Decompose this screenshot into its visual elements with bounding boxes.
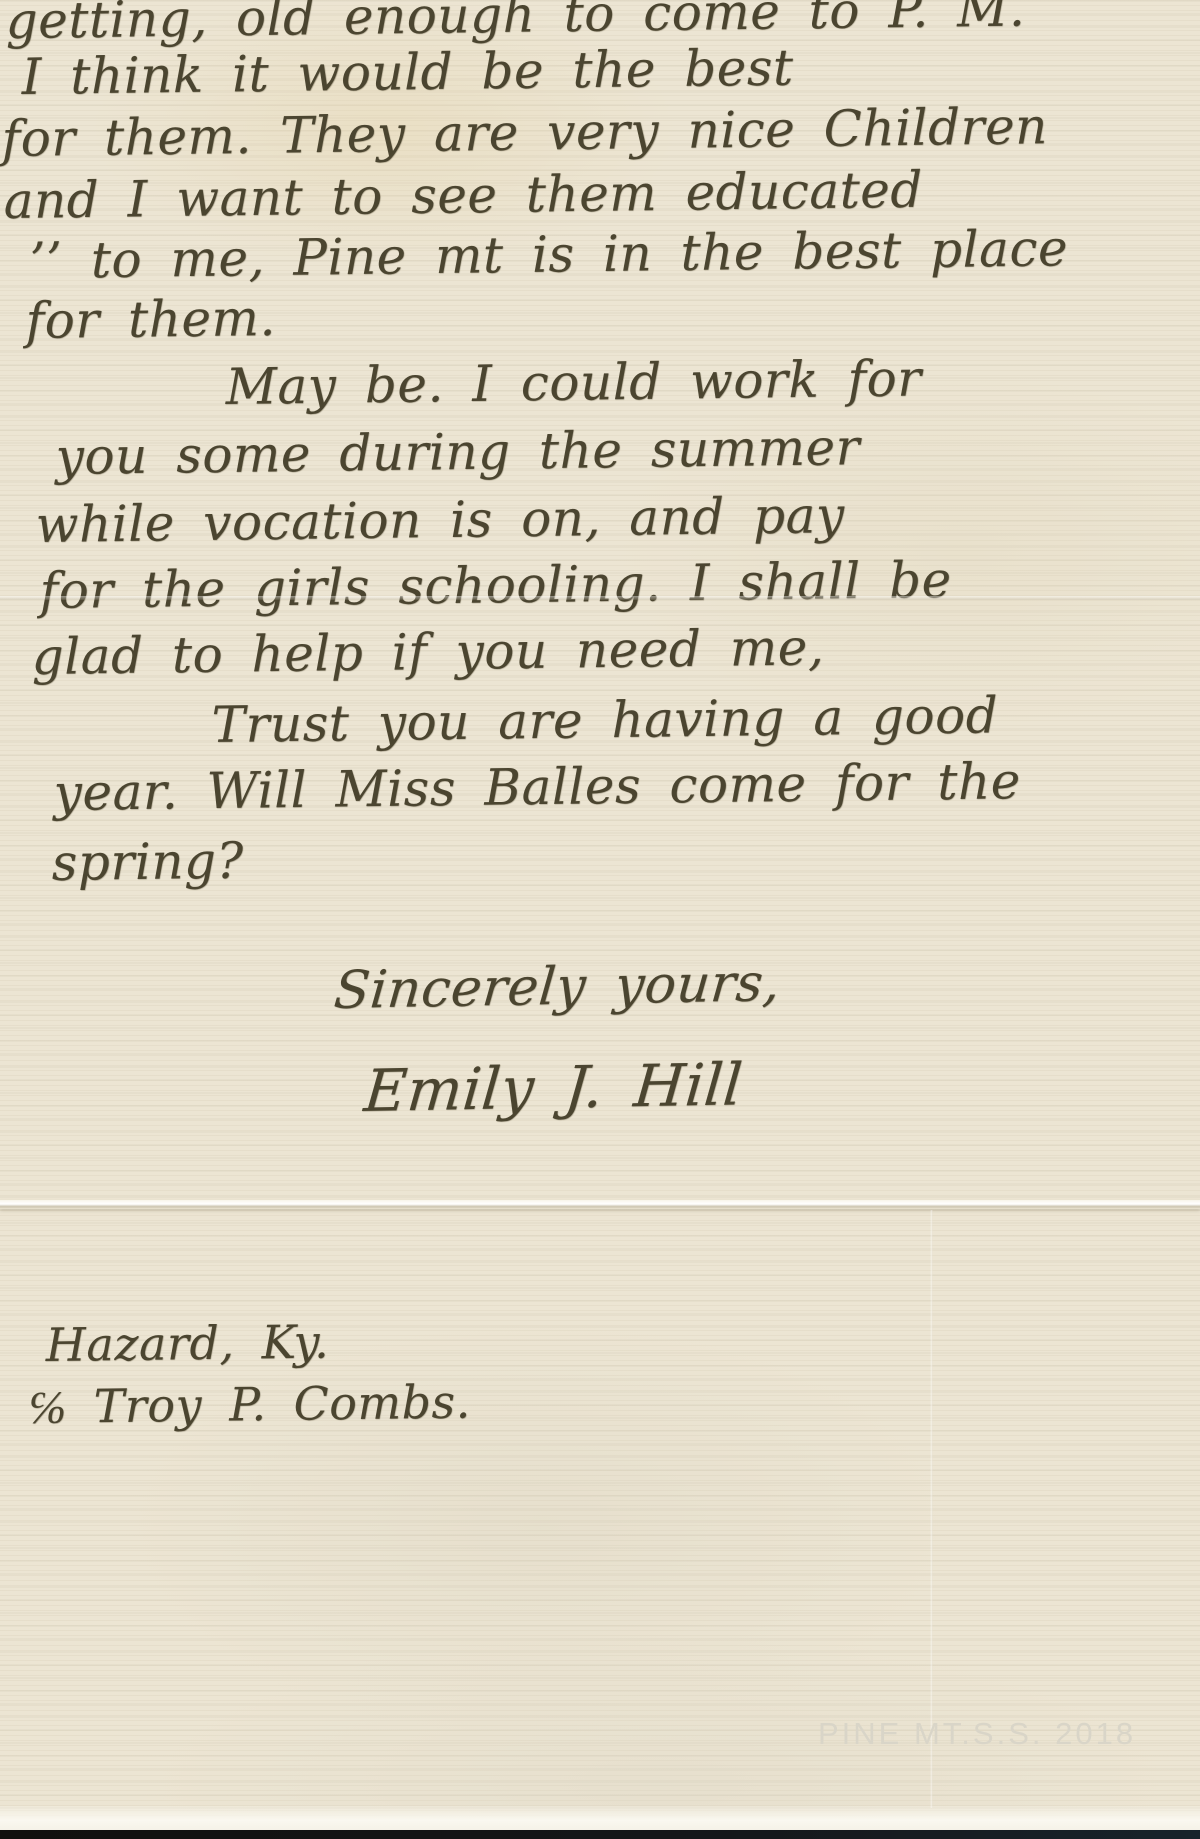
archive-watermark: PINE MT.S.S. 2018 bbox=[818, 1716, 1136, 1752]
letter-line: I think it would be the best bbox=[21, 43, 793, 102]
horizontal-crease bbox=[0, 596, 1200, 600]
scan-bottom-edge bbox=[0, 1830, 1200, 1839]
paper-fold-tear bbox=[0, 1200, 1200, 1209]
letter-line: for the girls schooling. I shall be bbox=[39, 555, 952, 616]
letter-line: for them. They are very nice Children bbox=[1, 101, 1048, 164]
letter-line: May be. I could work for bbox=[225, 354, 921, 412]
letter-line: ’’ to me, Pine mt is in the best place bbox=[29, 223, 1068, 286]
letter-address-careof: ℅ Troy P. Combs. bbox=[27, 1379, 471, 1430]
letter-address-city: Hazard, Ky. bbox=[45, 1319, 329, 1368]
letter-line: and I want to see them educated bbox=[3, 165, 923, 226]
scan-bottom-strip bbox=[0, 1806, 1200, 1832]
letter-line: year. Will Miss Balles come for the bbox=[53, 756, 1021, 818]
letter-line: you some during the summer bbox=[55, 422, 860, 482]
letter-closing: Sincerely yours, bbox=[332, 957, 783, 1017]
letter-signature: Emily J. Hill bbox=[362, 1055, 745, 1120]
letter-line: getting, old enough to come to P. M. bbox=[5, 0, 1025, 46]
letter-line: while vocation is on, and pay bbox=[35, 490, 845, 550]
letter-line: Trust you are having a good bbox=[211, 690, 998, 750]
letter-line: glad to help if you need me, bbox=[31, 622, 824, 682]
letter-line: spring? bbox=[51, 836, 244, 888]
letter-page: getting, old enough to come to P. M. I t… bbox=[0, 0, 1200, 1839]
letter-line: for them. bbox=[25, 293, 276, 346]
